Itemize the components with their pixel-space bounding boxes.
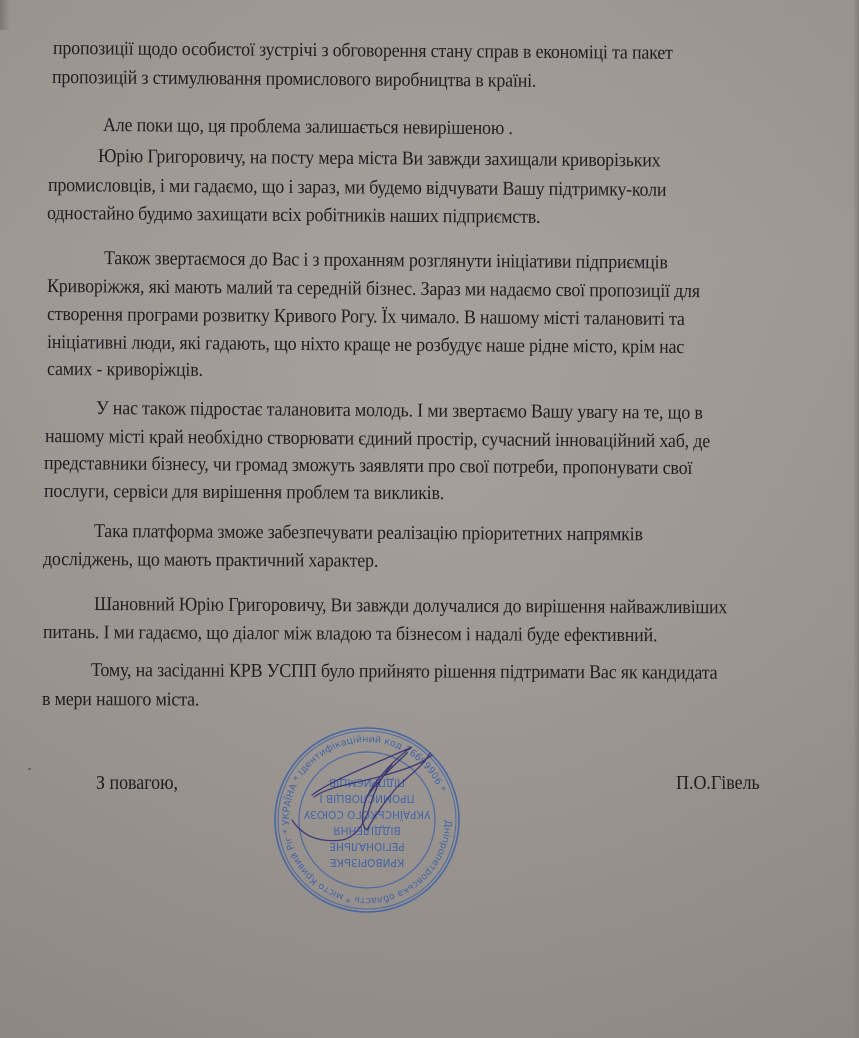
- letter-page: пропозиції щодо особистої зустрічі з обг…: [0, 0, 859, 1038]
- paragraph-3-line-1: Юрію Григоровичу, на посту мера міста Ви…: [98, 146, 661, 172]
- stamp-seal-icon: Дніпропетровська область * місто Кривий …: [272, 725, 462, 915]
- paragraph-3-line-3: одностайно будимо захищати всіх робітник…: [47, 203, 541, 229]
- stamp-inner-line-2: РЕГІОНАЛЬНЕ: [329, 840, 404, 852]
- paragraph-5-line-4: послуги, сервіси для вирішення проблем т…: [44, 481, 444, 505]
- paragraph-3-line-2: промисловців, і ми гадаємо, що і зараз, …: [48, 175, 666, 202]
- paragraph-4-line-2: Криворіжжя, які мають малий та середній …: [47, 276, 700, 303]
- closing-salutation: З повагою,: [96, 773, 178, 795]
- paragraph-5-line-3: представники бізнесу, чи громад зможуть …: [44, 453, 692, 480]
- paragraph-7-line-1: Шановний Юрію Григоровичу, Ви завжди дол…: [94, 594, 727, 619]
- paragraph-4-line-4: ініціативні люди, які гадають, що ніхто …: [47, 332, 684, 359]
- page-edge-shadow: [0, 0, 10, 30]
- page-edge-shadow: [853, 0, 859, 1038]
- paragraph-6-line-2: досліджень, що мають практичний характер…: [43, 549, 378, 573]
- paragraph-1-line-2: пропозицій з стимулювання промислового в…: [52, 67, 536, 93]
- paragraph-2-line-1: Але поки що, ця проблема залишається нев…: [103, 115, 513, 140]
- paper-speck: [28, 768, 31, 770]
- paragraph-4-line-5: самих - криворіжців.: [47, 359, 203, 382]
- paragraph-8-line-1: Тому, на засіданні КРВ УСПП було прийнят…: [91, 660, 718, 685]
- paragraph-7-line-2: питань. І ми гадаємо, що діалог між влад…: [43, 622, 657, 647]
- paragraph-5-line-2: нашому місті край необхідно створювати є…: [45, 426, 710, 453]
- paragraph-6-line-1: Така платформа зможе забезпечувати реалі…: [94, 521, 643, 546]
- official-stamp: Дніпропетровська область * місто Кривий …: [272, 725, 462, 915]
- paragraph-1-line-1: пропозиції щодо особистої зустрічі з обг…: [53, 38, 673, 65]
- stamp-inner-line-1: КРИВОРІЗЬКЕ: [330, 856, 405, 868]
- paragraph-4-line-3: створення програми розвитку Кривого Рогу…: [47, 304, 685, 331]
- signatory-name: П.О.Гівель: [676, 773, 760, 795]
- paragraph-8-line-2: в мери нашого міста.: [42, 689, 199, 712]
- paragraph-4-line-1: Також звертаємося до Вас і з проханням р…: [104, 248, 668, 274]
- paragraph-5-line-1: У нас також підростає талановита молодь.…: [96, 398, 703, 425]
